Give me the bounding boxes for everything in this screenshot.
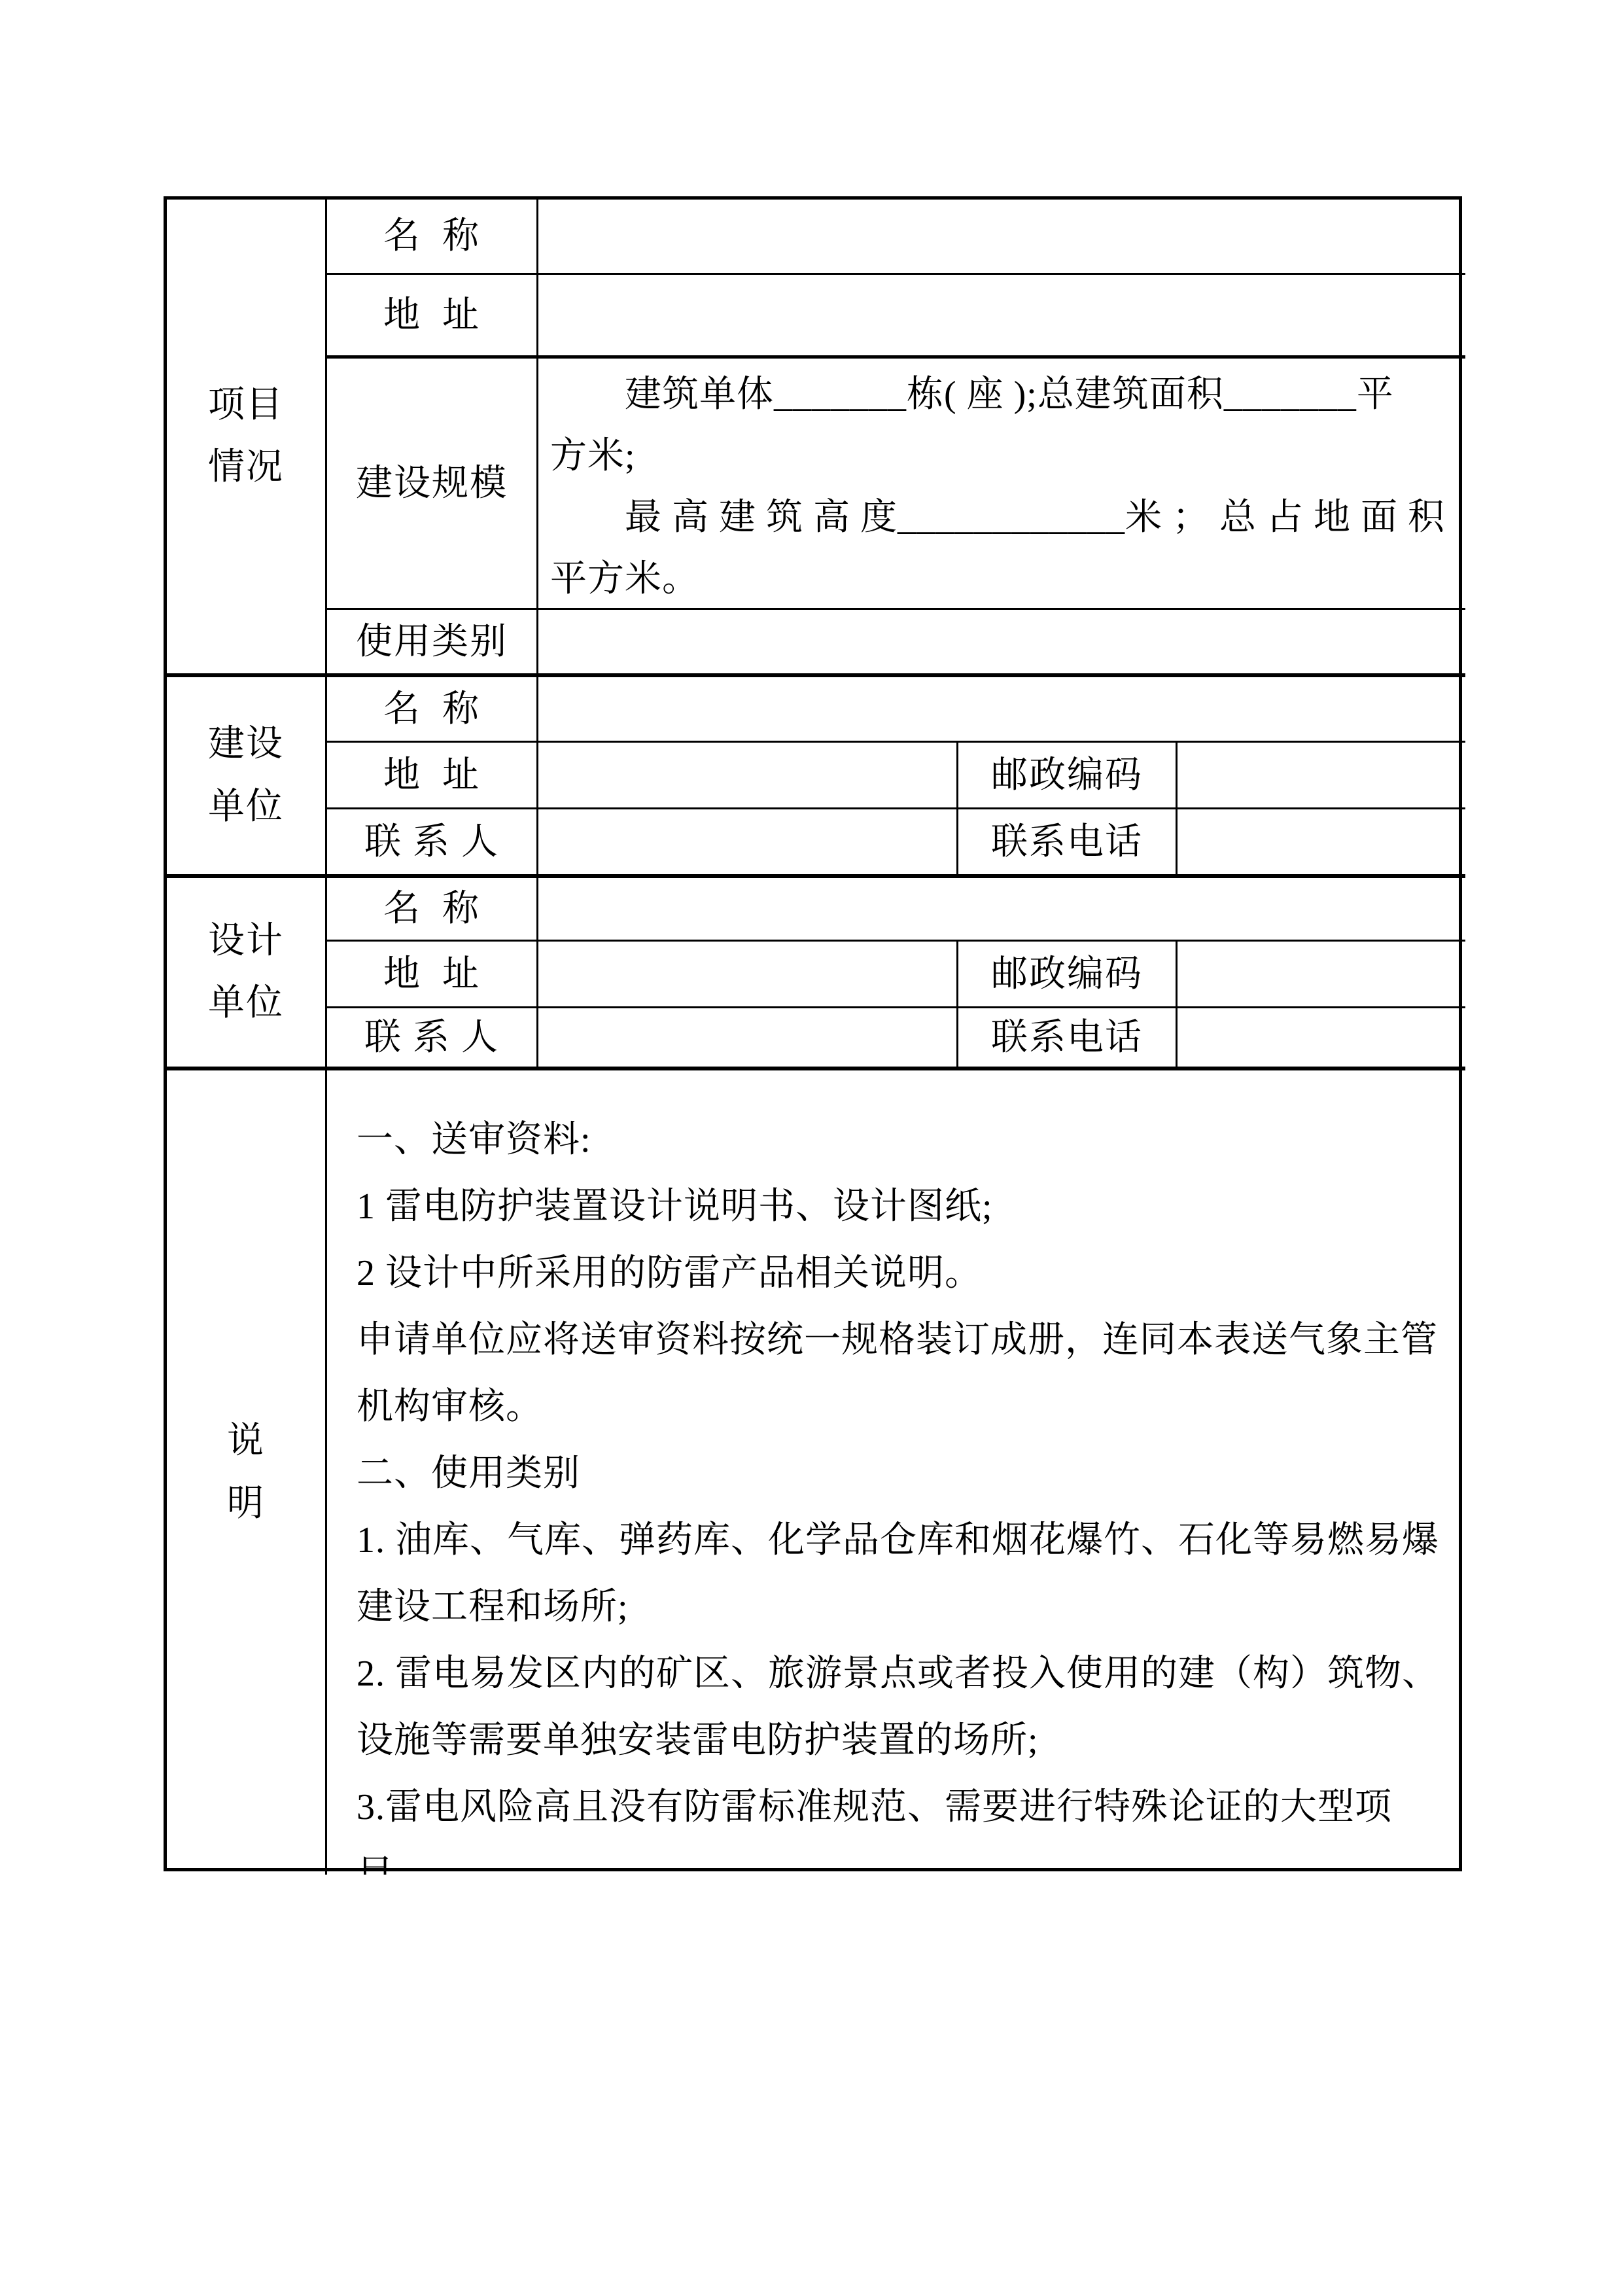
design-contact-label: 联 系 人 [327,1008,538,1070]
notes-line-11: 3.雷电风险高且没有防雷标准规范、需要进行特殊论证的大型项目。 [357,1774,1449,1875]
application-form-table: 项目 情况 名 称 地 址 建设规模 建筑单体_______栋( 座 );总建筑… [164,196,1462,1871]
scale-line-2: 方米; [550,425,1459,487]
design-postcode-label: 邮政编码 [958,942,1178,1008]
notes-text-block: 一、送审资料: 1 雷电防护装置设计说明书、设计图纸; 2 设计中所采用的防雷产… [327,1070,1465,1875]
project-usage-value [538,610,1465,677]
project-name-value [538,200,1465,275]
design-name-label: 名 称 [327,878,538,942]
notes-line-1: 一、送审资料: [357,1106,1449,1173]
construction-contact-label: 联 系 人 [327,809,538,878]
construction-phone-label: 联系电话 [958,809,1178,878]
project-scale-label: 建设规模 [327,359,538,610]
construction-contact-value [538,809,958,878]
design-address-value [538,942,958,1008]
construction-name-label: 名 称 [327,677,538,743]
section-label-construction-unit: 建设 单位 [167,677,327,878]
project-name-label: 名 称 [327,200,538,275]
design-phone-value [1178,1008,1465,1070]
design-name-value [538,878,1465,942]
scale-line-3: 最 高 建 筑 高 度____________米 ； 总 占 地 面 积 [550,487,1459,548]
construction-address-label: 地 址 [327,743,538,809]
notes-line-7: 1. 油库、气库、弹药库、化学品仓库和烟花爆竹、石化等易燃易爆 [357,1507,1449,1574]
notes-line-2: 1 雷电防护装置设计说明书、设计图纸; [357,1173,1449,1240]
notes-line-8: 建设工程和场所; [357,1574,1449,1640]
scale-line-4: 平方米。 [550,548,1459,610]
project-usage-label: 使用类别 [327,610,538,677]
scale-line-1: 建筑单体_______栋( 座 );总建筑面积_______平 [550,364,1459,425]
notes-line-4: 申请单位应将送审资料按统一规格装订成册，连同本表送气象主管 [357,1307,1449,1373]
construction-phone-value [1178,809,1465,878]
notes-line-5: 机构审核。 [357,1373,1449,1440]
section-label-design-unit: 设计 单位 [167,878,327,1070]
design-contact-value [538,1008,958,1070]
section-label-project: 项目 情况 [167,200,327,677]
project-address-value [538,275,1465,359]
notes-line-3: 2 设计中所采用的防雷产品相关说明。 [357,1240,1449,1307]
notes-line-6: 二、使用类别 [357,1440,1449,1507]
construction-postcode-label: 邮政编码 [958,743,1178,809]
construction-address-value [538,743,958,809]
section-label-notes: 说 明 [167,1070,327,1875]
notes-line-10: 设施等需要单独安装雷电防护装置的场所; [357,1707,1449,1774]
construction-postcode-value [1178,743,1465,809]
project-address-label: 地 址 [327,275,538,359]
design-phone-label: 联系电话 [958,1008,1178,1070]
design-address-label: 地 址 [327,942,538,1008]
design-postcode-value [1178,942,1465,1008]
notes-line-9: 2. 雷电易发区内的矿区、旅游景点或者投入使用的建（构）筑物、 [357,1640,1449,1707]
construction-name-value [538,677,1465,743]
project-scale-value: 建筑单体_______栋( 座 );总建筑面积_______平 方米; 最 高 … [538,359,1465,610]
